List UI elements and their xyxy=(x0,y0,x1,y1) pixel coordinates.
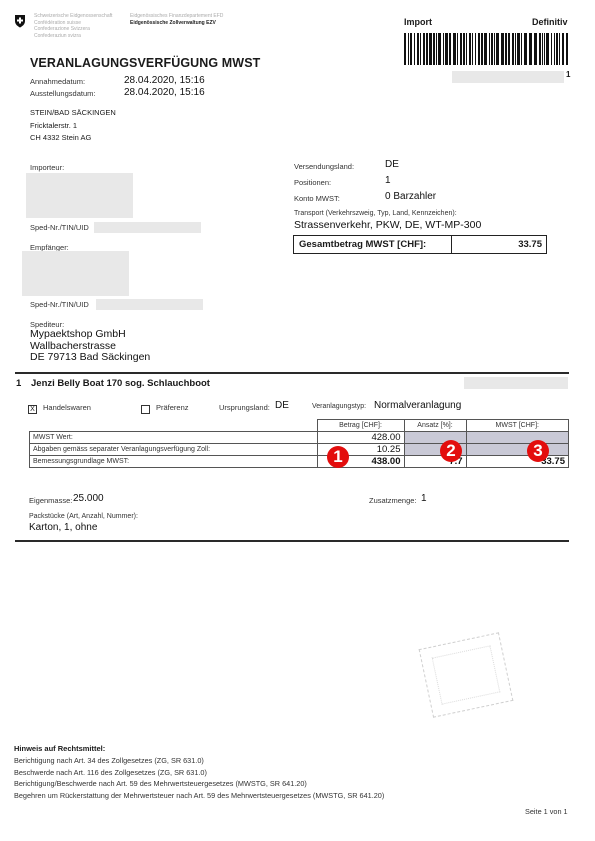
redacted-barcode-number xyxy=(452,71,564,83)
barcode xyxy=(404,33,570,65)
definitiv-label: Definitiv xyxy=(532,17,568,27)
gesamtbetrag-value: 33.75 xyxy=(518,239,542,250)
agency-left: Schweizerische Eidgenossenschaft Confédé… xyxy=(34,13,112,39)
redacted-empfaenger-sped-nr xyxy=(96,299,203,310)
redacted-empfaenger xyxy=(22,251,129,296)
marker-2: 2 xyxy=(440,440,462,462)
ursprungsland-label: Ursprungsland: xyxy=(219,403,270,412)
marker-3: 3 xyxy=(527,440,549,462)
header-mwst: MWST [CHF]: xyxy=(466,420,569,432)
zusatzmenge-value: 1 xyxy=(421,493,427,504)
konto-label: Konto MWST: xyxy=(294,194,340,203)
page-number: Seite 1 von 1 xyxy=(525,807,568,816)
handelswaren-checkbox[interactable]: X xyxy=(28,401,37,419)
redacted-importeur-sped-nr xyxy=(94,222,201,233)
annahmedatum-label: Annahmedatum: xyxy=(30,77,85,86)
positionen-value: 1 xyxy=(385,175,391,186)
official-stamp xyxy=(419,632,514,718)
versendungsland-label: Versendungsland: xyxy=(294,162,354,171)
redacted-position-ref xyxy=(464,377,568,389)
importeur-label: Importeur: xyxy=(30,163,64,172)
konto-value: 0 Barzahler xyxy=(385,191,436,202)
praeferenz-checkbox[interactable] xyxy=(141,401,150,419)
positionen-label: Positionen: xyxy=(294,178,331,187)
redacted-importeur xyxy=(26,173,133,218)
table-row: Bemessungsgrundlage MWST: 438.00 7.7 33.… xyxy=(30,456,569,468)
veranlagungstyp-value: Normalveranlagung xyxy=(374,400,461,411)
veranlagungstyp-label: Veranlagungstyp: xyxy=(312,403,366,410)
hinweis-title: Hinweis auf Rechtsmittel: xyxy=(14,744,105,753)
ursprungsland-value: DE xyxy=(275,400,289,411)
empfaenger-sped-nr-label: Sped-Nr./TIN/UID xyxy=(30,300,89,309)
page-title: VERANLAGUNGSVERFÜGUNG MWST xyxy=(30,56,260,70)
transport-value: Strassenverkehr, PKW, DE, WT-MP-300 xyxy=(294,219,481,231)
annahmedatum-value: 28.04.2020, 15:16 xyxy=(124,75,205,86)
customs-office-address: STEIN/BAD SÄCKINGEN Fricktalerstr. 1 CH … xyxy=(30,107,116,145)
position-number: 1 xyxy=(16,378,21,389)
table-row: MWST Wert: 428.00 xyxy=(30,432,569,444)
import-label: Import xyxy=(404,17,432,27)
packstuecke-label: Packstücke (Art, Anzahl, Nummer): xyxy=(29,513,138,520)
packstuecke-value: Karton, 1, ohne xyxy=(29,522,97,533)
gesamtbetrag-box: Gesamtbetrag MWST [CHF]: 33.75 xyxy=(293,235,547,254)
importeur-sped-nr-label: Sped-Nr./TIN/UID xyxy=(30,223,89,232)
versendungsland-value: DE xyxy=(385,159,399,170)
barcode-number: 1 xyxy=(566,70,570,79)
gesamtbetrag-label: Gesamtbetrag MWST [CHF]: xyxy=(299,239,426,250)
handelswaren-label: Handelswaren xyxy=(43,403,91,412)
spediteur-address: Mypaektshop GmbH Wallbacherstrasse DE 79… xyxy=(30,329,150,364)
header-ansatz: Ansatz [%]: xyxy=(404,420,466,432)
praeferenz-label: Präferenz xyxy=(156,403,189,412)
transport-label: Transport (Verkehrszweig, Typ, Land, Ken… xyxy=(294,210,457,217)
eigenmasse-label: Eigenmasse: xyxy=(29,496,72,505)
divider-top xyxy=(15,372,569,374)
ausstellungsdatum-value: 28.04.2020, 15:16 xyxy=(124,87,205,98)
zusatzmenge-label: Zusatzmenge: xyxy=(369,496,417,505)
eigenmasse-value: 25.000 xyxy=(73,493,104,504)
table-header-row: Betrag [CHF]: Ansatz [%]: MWST [CHF]: xyxy=(30,420,569,432)
header-betrag: Betrag [CHF]: xyxy=(317,420,404,432)
position-description: Jenzi Belly Boat 170 sog. Schlauchboot xyxy=(31,378,210,389)
marker-1: 1 xyxy=(327,446,349,468)
ausstellungsdatum-label: Ausstellungsdatum: xyxy=(30,89,95,98)
table-row: Abgaben gemäss separater Veranlagungsver… xyxy=(30,444,569,456)
hinweis-list: Berichtigung nach Art. 34 des Zollgesetz… xyxy=(14,755,384,801)
divider-bottom xyxy=(15,540,569,542)
agency-right: Eidgenössisches Finanzdepartement EFD Ei… xyxy=(130,13,223,26)
swiss-coat-of-arms-icon xyxy=(14,14,26,28)
mwst-calculation-table: Betrag [CHF]: Ansatz [%]: MWST [CHF]: MW… xyxy=(29,419,569,468)
